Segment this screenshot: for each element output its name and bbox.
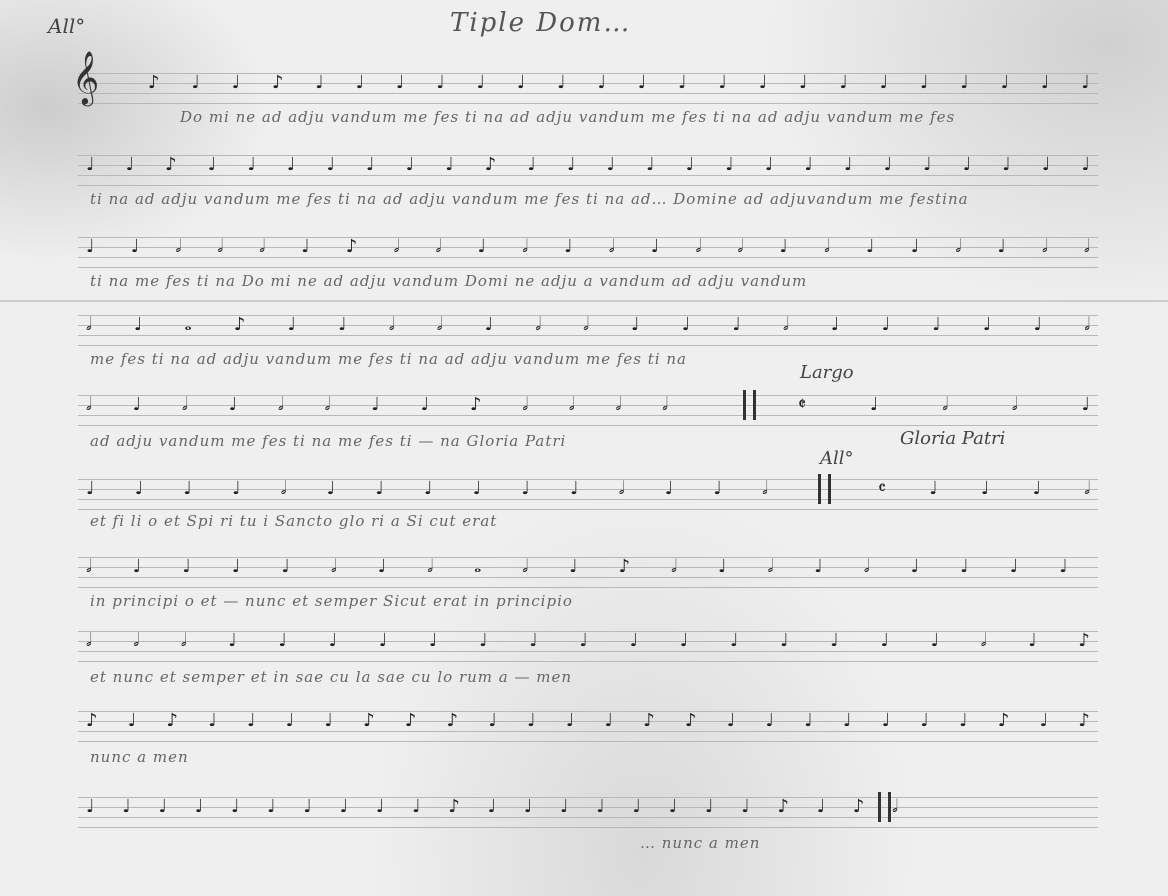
lyric-line-10: … nunc a men <box>640 834 760 852</box>
staff-system-3: ♩♩𝅗𝅥𝅗𝅥𝅗𝅥♩♪𝅗𝅥𝅗𝅥♩𝅗𝅥♩𝅗𝅥♩𝅗𝅥𝅗𝅥♩𝅗𝅥♩♩𝅗𝅥♩𝅗𝅥𝅗𝅥 <box>78 228 1098 268</box>
section-heading-gloria: Gloria Patri <box>900 428 1005 449</box>
notes: 𝄵♩𝅗𝅥𝅗𝅥♩ <box>798 388 1090 422</box>
notes: ♩♩𝅗𝅥𝅗𝅥𝅗𝅥♩♪𝅗𝅥𝅗𝅥♩𝅗𝅥♩𝅗𝅥♩𝅗𝅥𝅗𝅥♩𝅗𝅥♩♩𝅗𝅥♩𝅗𝅥𝅗𝅥 <box>86 230 1090 264</box>
double-barline <box>743 390 756 420</box>
staff-system-2: ♩♩♪♩♩♩♩♩♩♩♪♩♩♩♩♩♩♩♩♩♩♩♩♩♩♩ <box>78 146 1098 186</box>
staff-system-7: 𝅗𝅥♩♩♩♩𝅗𝅥♩𝅗𝅥𝅝𝅗𝅥♩♪𝅗𝅥♩𝅗𝅥♩𝅗𝅥♩♩♩♩ <box>78 548 1098 588</box>
notes: 𝄴♩♩♩𝅗𝅥 <box>878 472 1090 506</box>
page-title: Tiple Dom… <box>450 8 631 38</box>
staff-system-8: 𝅗𝅥𝅗𝅥𝅗𝅥♩♩♩♩♩♩♩♩♩♩♩♩♩♩♩𝅗𝅥♩♪ <box>78 622 1098 662</box>
tempo-marking-allegro: All° <box>820 448 854 469</box>
manuscript-page: All° Tiple Dom… 𝄞 ♪♩♩♪♩♩♩♩♩♩♩♩♩♩♩♩♩♩♩♩♩♩… <box>0 0 1168 896</box>
lyric-line-2: ti na ad adju vandum me fes ti na ad adj… <box>90 190 969 208</box>
clef-icon: 𝄞 <box>72 50 99 106</box>
notes: 𝅗𝅥♩𝅝♪♩♩𝅗𝅥𝅗𝅥♩𝅗𝅥𝅗𝅥♩♩♩𝅗𝅥♩♩♩♩♩𝅗𝅥 <box>86 308 1090 342</box>
notes: 𝅗𝅥♩𝅗𝅥♩𝅗𝅥𝅗𝅥♩♩♪𝅗𝅥𝅗𝅥𝅗𝅥𝅗𝅥 <box>86 388 668 422</box>
staff-system-4: 𝅗𝅥♩𝅝♪♩♩𝅗𝅥𝅗𝅥♩𝅗𝅥𝅗𝅥♩♩♩𝅗𝅥♩♩♩♩♩𝅗𝅥 <box>78 306 1098 346</box>
notes: ♩♩♩♩𝅗𝅥♩♩♩♩♩♩𝅗𝅥♩♩𝅗𝅥 <box>86 472 768 506</box>
staff-system-1: 𝄞 ♪♩♩♪♩♩♩♩♩♩♩♩♩♩♩♩♩♩♩♩♩♩♩♩ <box>78 64 1098 104</box>
lyric-line-3: ti na me fes ti na Do mi ne ad adju vand… <box>90 272 807 290</box>
lyric-line-9: nunc a men <box>90 748 189 766</box>
staff-system-5: 𝅗𝅥♩𝅗𝅥♩𝅗𝅥𝅗𝅥♩♩♪𝅗𝅥𝅗𝅥𝅗𝅥𝅗𝅥 𝄵♩𝅗𝅥𝅗𝅥♩ <box>78 386 1098 426</box>
notes: ♩♩♪♩♩♩♩♩♩♩♪♩♩♩♩♩♩♩♩♩♩♩♩♩♩♩ <box>86 148 1090 182</box>
staff-system-10: ♩♩♩♩♩♩♩♩♩♩♪♩♩♩♩♩♩♩♩♪♩♪𝅗𝅥 <box>78 788 1098 828</box>
lyric-line-6: et fi li o et Spi ri tu i Sancto glo ri … <box>90 512 497 530</box>
staff-system-9: ♪♩♪♩♩♩♩♪♪♪♩♩♩♩♪♪♩♩♩♩♩♩♩♪♩♪ <box>78 702 1098 742</box>
notes: ♩♩♩♩♩♩♩♩♩♩♪♩♩♩♩♩♩♩♩♪♩♪𝅗𝅥 <box>86 790 898 824</box>
lyric-line-8: et nunc et semper et in sae cu la sae cu… <box>90 668 572 686</box>
notes: ♪♩♪♩♩♩♩♪♪♪♩♩♩♩♪♪♩♩♩♩♩♩♩♪♩♪ <box>86 704 1090 738</box>
lyric-line-5: ad adju vandum me fes ti na me fes ti — … <box>90 432 566 450</box>
staff-system-6: ♩♩♩♩𝅗𝅥♩♩♩♩♩♩𝅗𝅥♩♩𝅗𝅥 𝄴♩♩♩𝅗𝅥 <box>78 470 1098 510</box>
notes: ♪♩♩♪♩♩♩♩♩♩♩♩♩♩♩♩♩♩♩♩♩♩♩♩ <box>148 66 1090 100</box>
double-barline <box>818 474 831 504</box>
final-barline <box>878 792 891 822</box>
notes: 𝅗𝅥𝅗𝅥𝅗𝅥♩♩♩♩♩♩♩♩♩♩♩♩♩♩♩𝅗𝅥♩♪ <box>86 624 1090 658</box>
lyric-line-7: in principi o et — nunc et semper Sicut … <box>90 592 573 610</box>
lyric-line-1: Do mi ne ad adju vandum me fes ti na ad … <box>180 108 955 126</box>
lyric-line-4: me fes ti na ad adju vandum me fes ti na… <box>90 350 687 368</box>
tempo-marking-largo: Largo <box>800 362 854 383</box>
notes: 𝅗𝅥♩♩♩♩𝅗𝅥♩𝅗𝅥𝅝𝅗𝅥♩♪𝅗𝅥♩𝅗𝅥♩𝅗𝅥♩♩♩♩ <box>86 550 1068 584</box>
corner-tempo-mark: All° <box>48 14 85 38</box>
paper-fold <box>0 300 1168 302</box>
